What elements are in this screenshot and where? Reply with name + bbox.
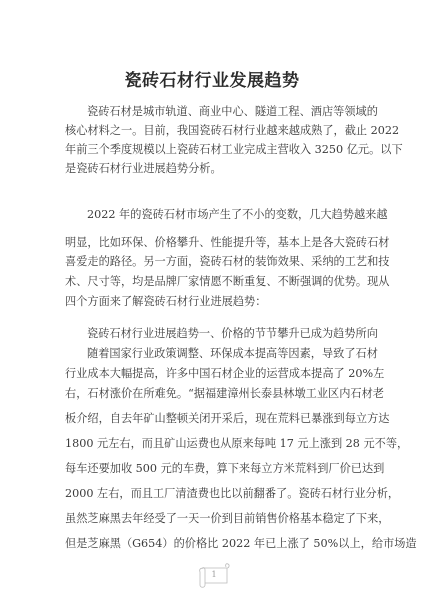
paragraph-3-line-8: 虽然芝麻黑去年经受了一天一价到目前销售价格基本稳定了下来， [65, 512, 359, 526]
paragraph-3-line-5: 1800 元左右，而且矿山运费也从原来每吨 17 元上涨到 28 元不等， [65, 437, 359, 451]
paragraph-2-line-4: 术、尺寸等，均是品牌厂家情愿不断重复、不断强调的优势。现从 [65, 275, 359, 289]
paragraph-3-line-7: 2000 左右，而且工厂清渣费也比以前翻番了。瓷砖石材行业分析， [65, 487, 359, 501]
paragraph-1-line-3: 年前三个季度规模以上瓷砖石材工业完成主营收入 3250 亿元。以下 [65, 143, 359, 157]
paragraph-2-line-5: 四个方面来了解瓷砖石材行业进展趋势： [65, 295, 359, 309]
page-footer: 1 [196, 561, 232, 589]
paragraph-3-line-2: 行业成本大幅提高，许多中国石材企业的运营成本提高了 20%左 [65, 367, 359, 381]
paragraph-2-line-3: 喜爱走的路径。另一方面，瓷砖石材的装饰效果、采纳的工艺和技 [65, 255, 359, 269]
paragraph-1-line-1: 瓷砖石材是城市轨道、商业中心、隧道工程、酒店等领域的 [87, 105, 359, 119]
paragraph-3-line-9: 但是芝麻黑（G654）的价格比 2022 年已上涨了 50%以上，给市场造 [65, 537, 359, 551]
page-title: 瓷砖石材行业发展趋势 [0, 66, 424, 91]
paragraph-3-line-3: 右，石材涨价在所难免。“据福建漳州长泰县林墩工业区内石材老 [65, 387, 359, 401]
paragraph-3-line-6: 每车还要加收 500 元的车费，算下来每立方米荒料到厂价已达到 [65, 462, 359, 476]
paragraph-2-line-2: 明显，比如环保、价格攀升、性能提升等，基本上是各大瓷砖石材 [65, 236, 359, 250]
paragraph-1-line-4: 是瓷砖石材行业进展趋势分析。 [65, 162, 359, 176]
paragraph-3-line-1: 随着国家行业政策调整、环保成本提高等因素，导致了石材 [87, 347, 359, 361]
paragraph-2-line-1: 2022 年的瓷砖石材市场产生了不小的变数，几大趋势越来越 [87, 208, 359, 222]
paragraph-1-line-2: 核心材料之一。目前，我国瓷砖石材行业越来越成熟了，截止 2022 [65, 124, 359, 138]
page-number: 1 [196, 570, 232, 579]
paragraph-3-line-4: 板介绍，自去年矿山整顿关闭开采后，现在荒料已暴涨到每立方达 [65, 412, 359, 426]
section-heading-trend-1: 瓷砖石材行业进展趋势一、价格的节节攀升已成为趋势所向 [87, 327, 359, 341]
